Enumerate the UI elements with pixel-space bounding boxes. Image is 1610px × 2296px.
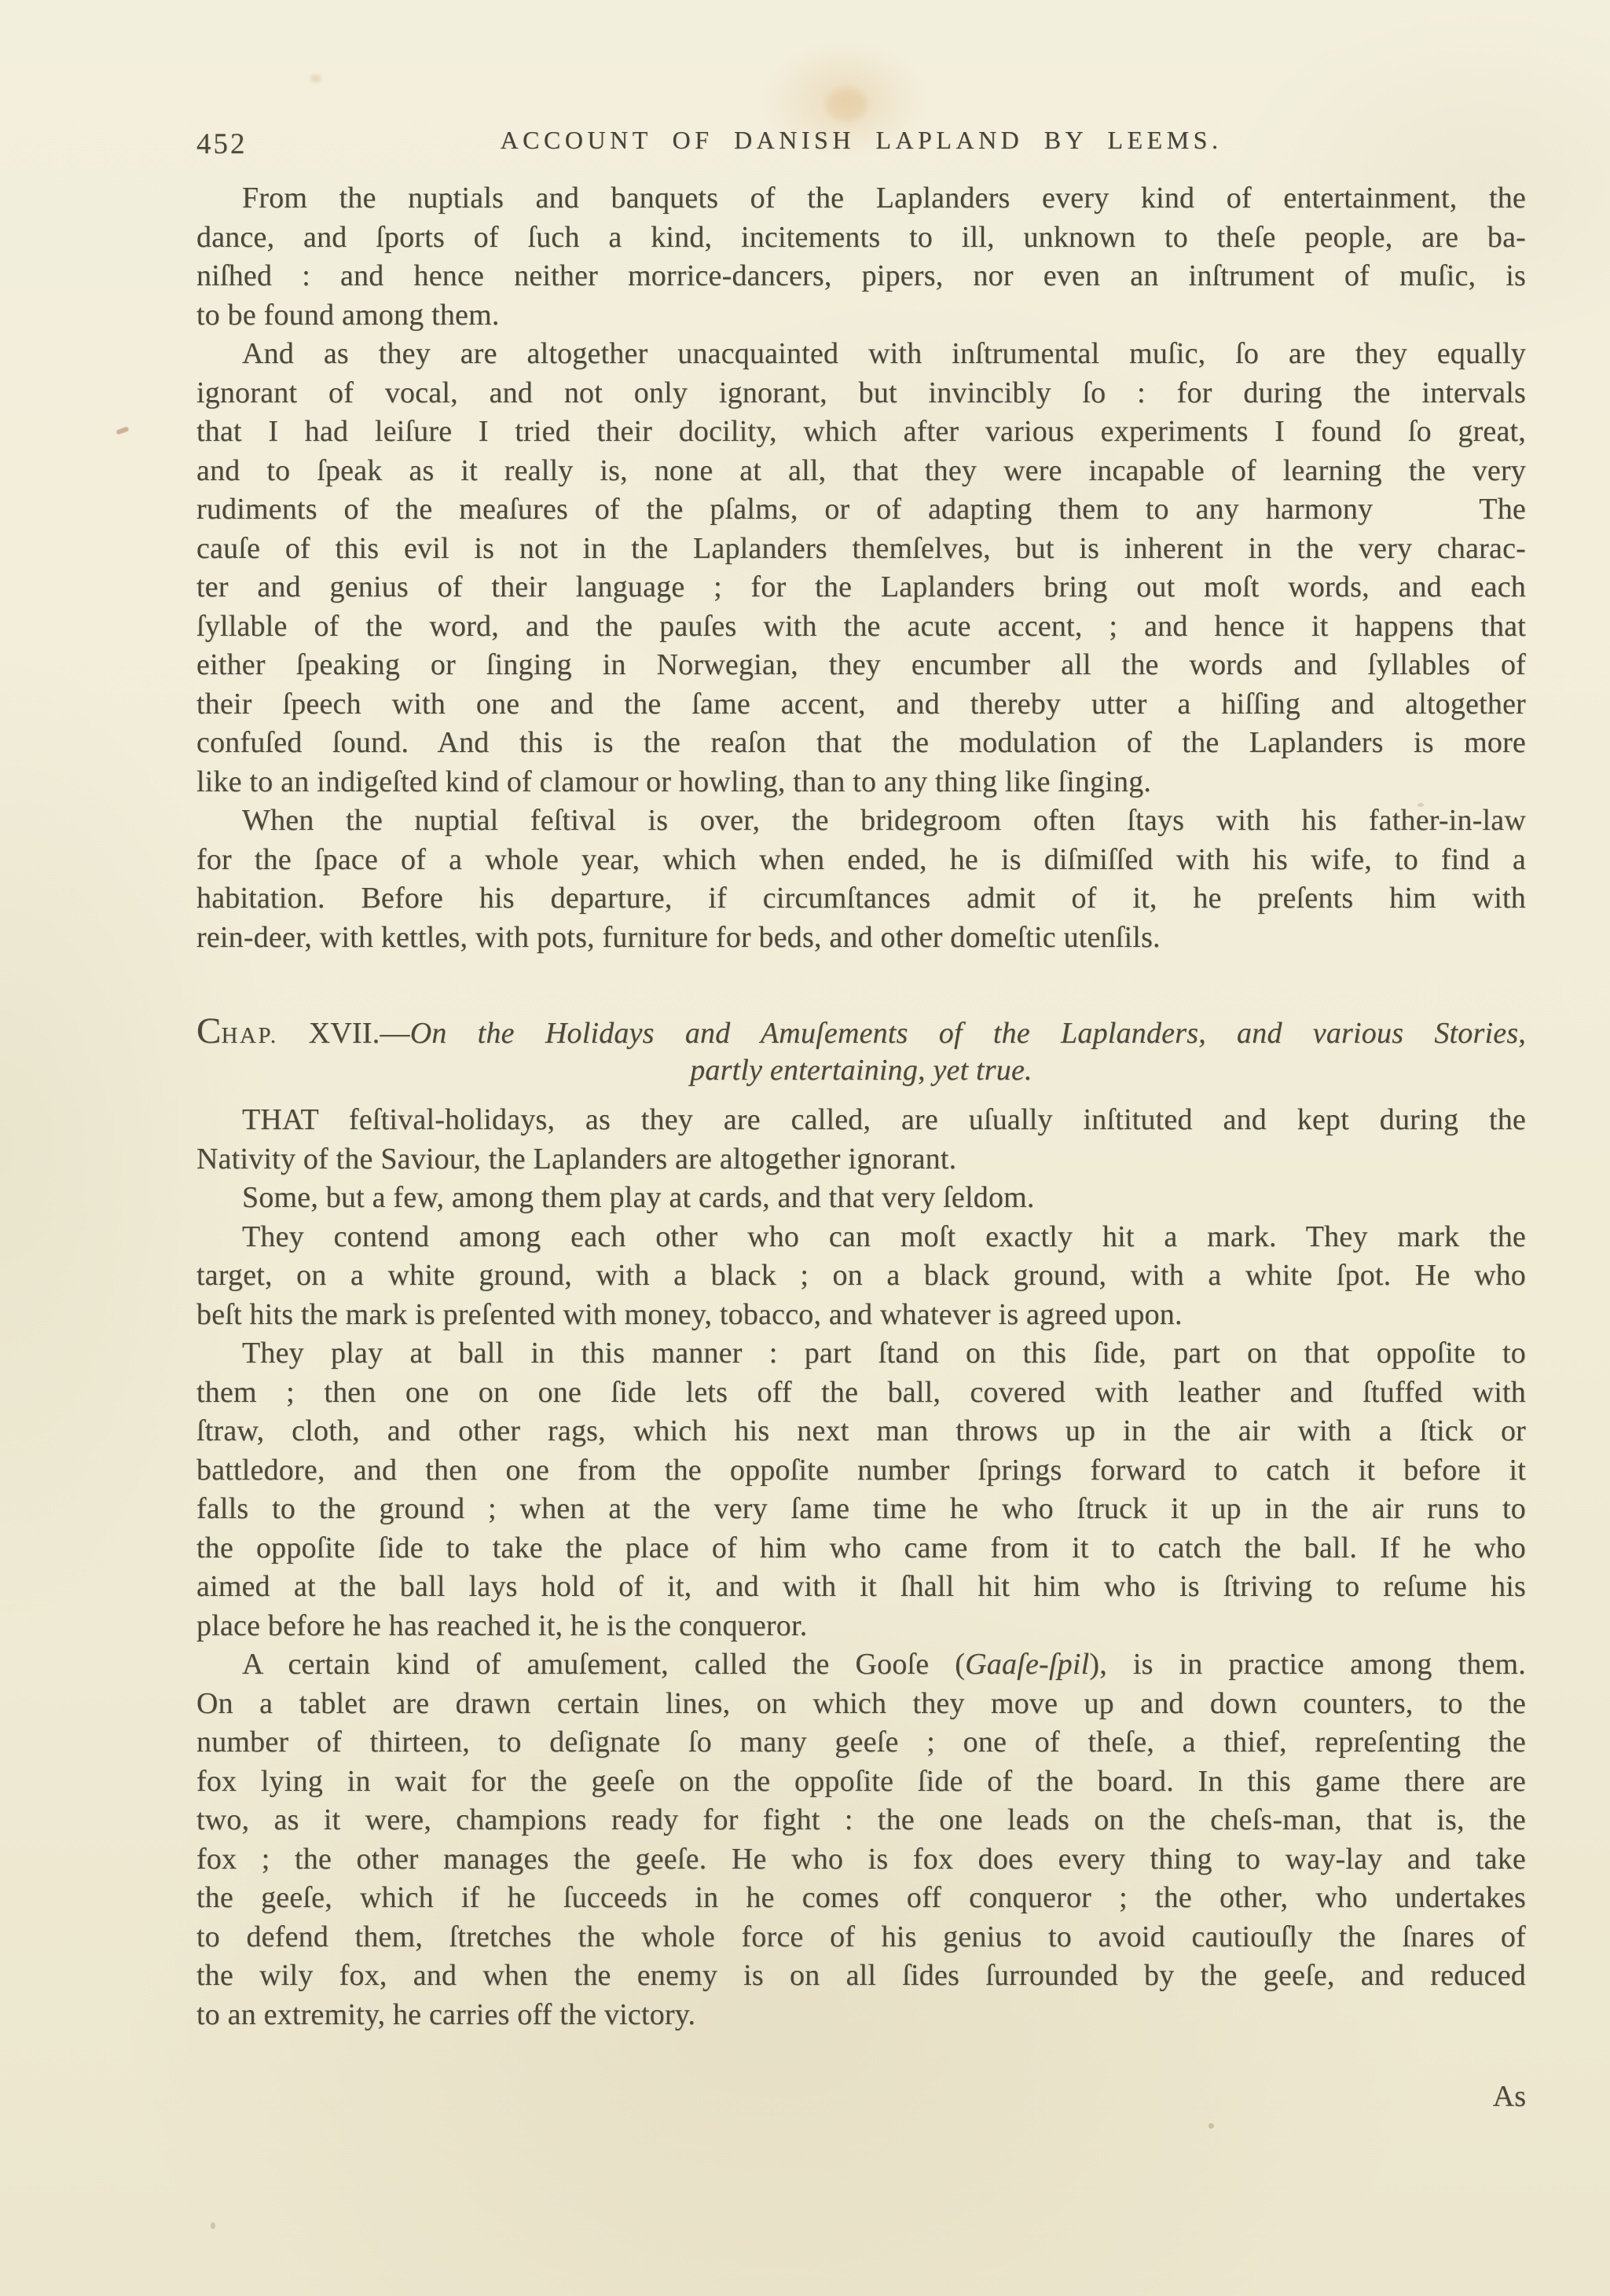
paper-speck <box>116 426 129 435</box>
body-line: cauſe of this evil is not in the Lapland… <box>196 530 1526 569</box>
body-line: that I had leiſure I tried their docilit… <box>196 413 1526 452</box>
chapter-label-initial: C <box>196 1010 222 1051</box>
catchword: As <box>196 2079 1526 2114</box>
book-page-scan: 452 ACCOUNT OF DANISH LAPLAND BY LEEMS. … <box>0 0 1610 2296</box>
body-line: number of thirteen, to deſignate ſo many… <box>196 1723 1526 1762</box>
body-line: to defend them, ſtretches the whole forc… <box>196 1918 1526 1957</box>
body-line: ignorant of vocal, and not only ignorant… <box>196 374 1526 413</box>
body-line: and to ſpeak as it really is, none at al… <box>196 452 1526 491</box>
goose-line-pre: A certain kind of amuſement, called the … <box>242 1648 965 1681</box>
body-line: Nativity of the Saviour, the Laplanders … <box>196 1140 1526 1179</box>
paper-speck <box>310 75 321 83</box>
body-line: ter and genius of their language ; for t… <box>196 568 1526 607</box>
running-head: 452 ACCOUNT OF DANISH LAPLAND BY LEEMS. <box>196 126 1526 160</box>
chapter-heading-line2: partly entertaining, yet true. <box>196 1051 1526 1091</box>
body-line: the wily fox, and when the enemy is on a… <box>196 1957 1526 1996</box>
body-line: beſt hits the mark is preſented with mon… <box>196 1296 1526 1335</box>
text-block: From the nuptials and banquets of the La… <box>196 179 1526 2034</box>
body-line: falls to the ground ; when at the very ſ… <box>196 1490 1526 1529</box>
body-line: ſyllable of the word, and the pauſes wit… <box>196 607 1526 647</box>
body-line: their ſpeech with one and the ſame accen… <box>196 685 1526 724</box>
body-line: confuſed ſound. And this is the reaſon t… <box>196 724 1526 763</box>
paper-speck <box>211 2222 215 2229</box>
body-line: From the nuptials and banquets of the La… <box>196 179 1526 218</box>
body-line: habitation. Before his departure, if cir… <box>196 879 1526 919</box>
body-line: to be found among them. <box>196 296 1526 336</box>
body-line: On a tablet are drawn certain lines, on … <box>196 1685 1526 1724</box>
body-line: A certain kind of amuſement, called the … <box>196 1645 1526 1685</box>
body-line: like to an indigeſted kind of clamour or… <box>196 763 1526 802</box>
body-line: fox lying in wait for the geeſe on the o… <box>196 1762 1526 1802</box>
body-line: the geeſe, which if he ſucceeds in he co… <box>196 1879 1526 1918</box>
body-line: rudiments of the meaſures of the pſalms,… <box>196 490 1526 530</box>
body-line: battledore, and then one from the oppoſi… <box>196 1451 1526 1491</box>
paper-speck <box>1208 2123 1214 2129</box>
body-line: When the nuptial feſtival is over, the b… <box>196 801 1526 841</box>
chapter-dash: — <box>380 1017 409 1050</box>
body-line: fox ; the other manages the geeſe. He wh… <box>196 1840 1526 1880</box>
body-line: Some, but a few, among them play at card… <box>196 1179 1526 1218</box>
body-line: niſhed : and hence neither morrice-dance… <box>196 257 1526 296</box>
body-line: And as they are altogether unacquainted … <box>196 335 1526 374</box>
body-line: They play at ball in this manner : part … <box>196 1334 1526 1374</box>
body-line: either ſpeaking or ſinging in Norwegian,… <box>196 646 1526 685</box>
body-line: to an extremity, he carries off the vict… <box>196 1996 1526 2035</box>
body-line: rein-deer, with kettles, with pots, furn… <box>196 919 1526 958</box>
body-line: ſtraw, cloth, and other rags, which his … <box>196 1412 1526 1451</box>
body-line: They contend among each other who can mo… <box>196 1218 1526 1257</box>
body-line: two, as it were, champions ready for fig… <box>196 1801 1526 1840</box>
paper-stain <box>827 88 867 121</box>
chapter-number: XVII. <box>278 1017 380 1050</box>
page-number: 452 <box>196 127 248 161</box>
body-line: place before he has reached it, he is th… <box>196 1607 1526 1646</box>
goose-line-post: ), is in practice among them. <box>1089 1648 1526 1681</box>
body-line: dance, and ſports of ſuch a kind, incite… <box>196 218 1526 258</box>
body-line: aimed at the ball lays hold of it, and w… <box>196 1568 1526 1607</box>
body-line: them ; then one on one ſide lets off the… <box>196 1374 1526 1413</box>
body-line: the oppoſite ſide to take the place of h… <box>196 1529 1526 1568</box>
chapter-label-smallcaps: HAP. <box>222 1023 278 1048</box>
chapter-title: On the Holidays and Amuſements of the La… <box>410 1017 1526 1050</box>
chapter-heading-line1: CHAP. XVII.—On the Holidays and Amuſemen… <box>196 1012 1526 1051</box>
body-line: for the ſpace of a whole year, which whe… <box>196 841 1526 880</box>
running-title: ACCOUNT OF DANISH LAPLAND BY LEEMS. <box>196 126 1526 155</box>
goose-game-name: Gaaſe-ſpil <box>965 1648 1089 1681</box>
body-line: target, on a white ground, with a black … <box>196 1256 1526 1296</box>
body-line: THAT feſtival-holidays, as they are call… <box>196 1101 1526 1140</box>
